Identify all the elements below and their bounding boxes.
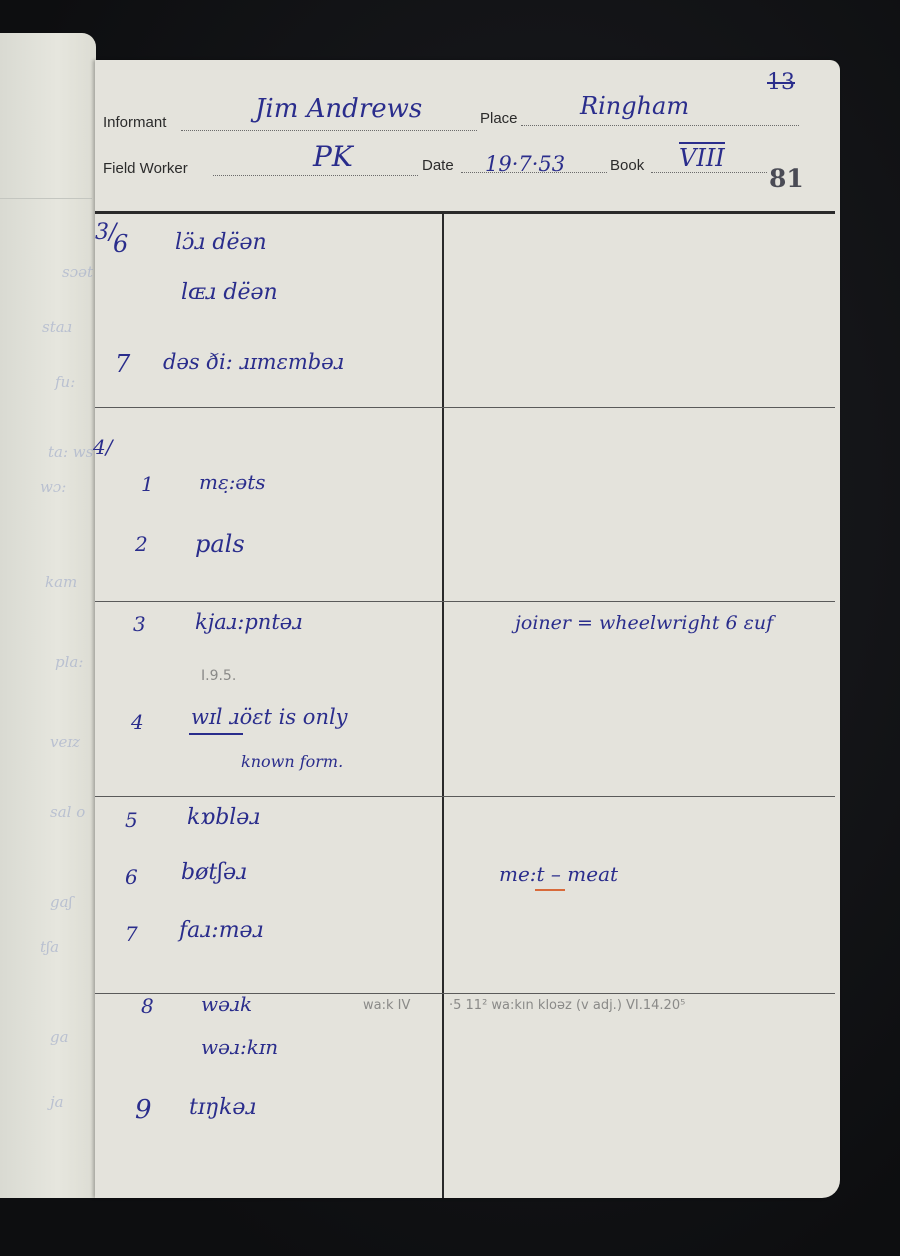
transcription: kjaɹ:pntəɹ xyxy=(195,610,303,634)
entry-number: 9 xyxy=(135,1095,152,1125)
entry-number: 6 xyxy=(125,865,138,889)
row-divider xyxy=(95,407,835,408)
ghost-text: wɔ: xyxy=(40,478,66,496)
margin-note: joiner = wheelwright 6 ɛuf xyxy=(515,612,773,634)
ghost-text: ja xyxy=(50,1093,64,1111)
book-label: Book xyxy=(610,157,644,174)
date-label: Date xyxy=(422,157,454,174)
transcription: wəɹk xyxy=(201,992,252,1016)
margin-note: me:t – meat xyxy=(499,862,618,886)
transcription: pals xyxy=(195,530,245,558)
book-value: VIII xyxy=(679,142,725,172)
ghost-text: sɔət xyxy=(62,263,93,281)
entry-number: 3 xyxy=(133,612,146,636)
entry-number: 8 xyxy=(141,994,154,1018)
transcription: kɒbləɹ xyxy=(187,805,260,830)
transcription-note: known form. xyxy=(241,752,343,771)
ghost-text: kam xyxy=(45,573,77,591)
underline xyxy=(189,733,243,735)
transcription: mɛ̣:əts xyxy=(199,470,266,494)
ghost-text: tʃa xyxy=(40,938,59,956)
transcription: wəɹ:kɪn xyxy=(201,1035,278,1059)
crossed-out-number: 13 xyxy=(767,70,795,95)
ghost-text: ta: ws xyxy=(48,443,93,461)
transcription: lɶɹ dëən xyxy=(181,280,278,305)
transcription: tɪŋkəɹ xyxy=(189,1095,256,1120)
date-value: 19·7·53 xyxy=(485,152,565,176)
header-divider xyxy=(95,211,835,214)
field-worker-line xyxy=(213,175,418,176)
row-divider xyxy=(95,796,835,797)
transcription: wɪl ɹöɛt is only xyxy=(191,705,348,729)
place-line xyxy=(521,125,799,126)
row-divider xyxy=(95,601,835,602)
transcription: bøtʃəɹ xyxy=(181,860,247,885)
informant-label: Informant xyxy=(103,114,166,131)
pencil-reference: I.9.5. xyxy=(201,668,236,684)
section-marker: 4/ xyxy=(93,435,112,459)
place-label: Place xyxy=(480,110,518,127)
underlying-page: sɔət staɹ fu: ta: ws wɔ: kam pla: veɪz s… xyxy=(0,33,96,1198)
entry-number: 5 xyxy=(125,808,138,832)
pencil-reference: wa:k IV xyxy=(363,998,410,1013)
informant-value: Jim Andrews xyxy=(255,94,422,124)
pencil-note: ·5 11² wa:kın kloəz (v adj.) VI.14.20⁵ xyxy=(449,998,685,1013)
column-divider xyxy=(442,214,444,1198)
field-worker-value: PK xyxy=(313,140,353,173)
ghost-text: gaʃ xyxy=(50,893,73,911)
field-record-card: 13 81 Informant Jim Andrews Place Ringha… xyxy=(95,60,840,1198)
book-line xyxy=(651,172,767,173)
underlying-rule xyxy=(0,198,92,199)
red-underline xyxy=(535,889,565,891)
transcription: faɹ:məɹ xyxy=(179,918,264,943)
ghost-text: fu: xyxy=(55,373,75,391)
entry-number: 6 xyxy=(113,230,128,258)
informant-line xyxy=(181,130,477,131)
entry-number: 2 xyxy=(135,532,148,556)
ghost-text: veɪz xyxy=(50,733,80,751)
entry-number: 4 xyxy=(131,710,144,734)
ghost-text: sal o xyxy=(50,803,85,821)
transcription: dəs ði: ɹɪmɛmbəɹ xyxy=(163,350,344,374)
entry-number: 1 xyxy=(141,472,154,496)
entry-number: 7 xyxy=(115,350,130,378)
field-worker-label: Field Worker xyxy=(103,160,188,177)
page-stamp: 81 xyxy=(769,164,804,193)
ghost-text: staɹ xyxy=(42,318,72,336)
ghost-text: pla: xyxy=(55,653,83,671)
transcription: lɔ̈ɹ dëən xyxy=(175,230,267,255)
place-value: Ringham xyxy=(580,92,689,120)
ghost-text: ga xyxy=(50,1028,69,1046)
entry-number: 7 xyxy=(125,922,138,946)
